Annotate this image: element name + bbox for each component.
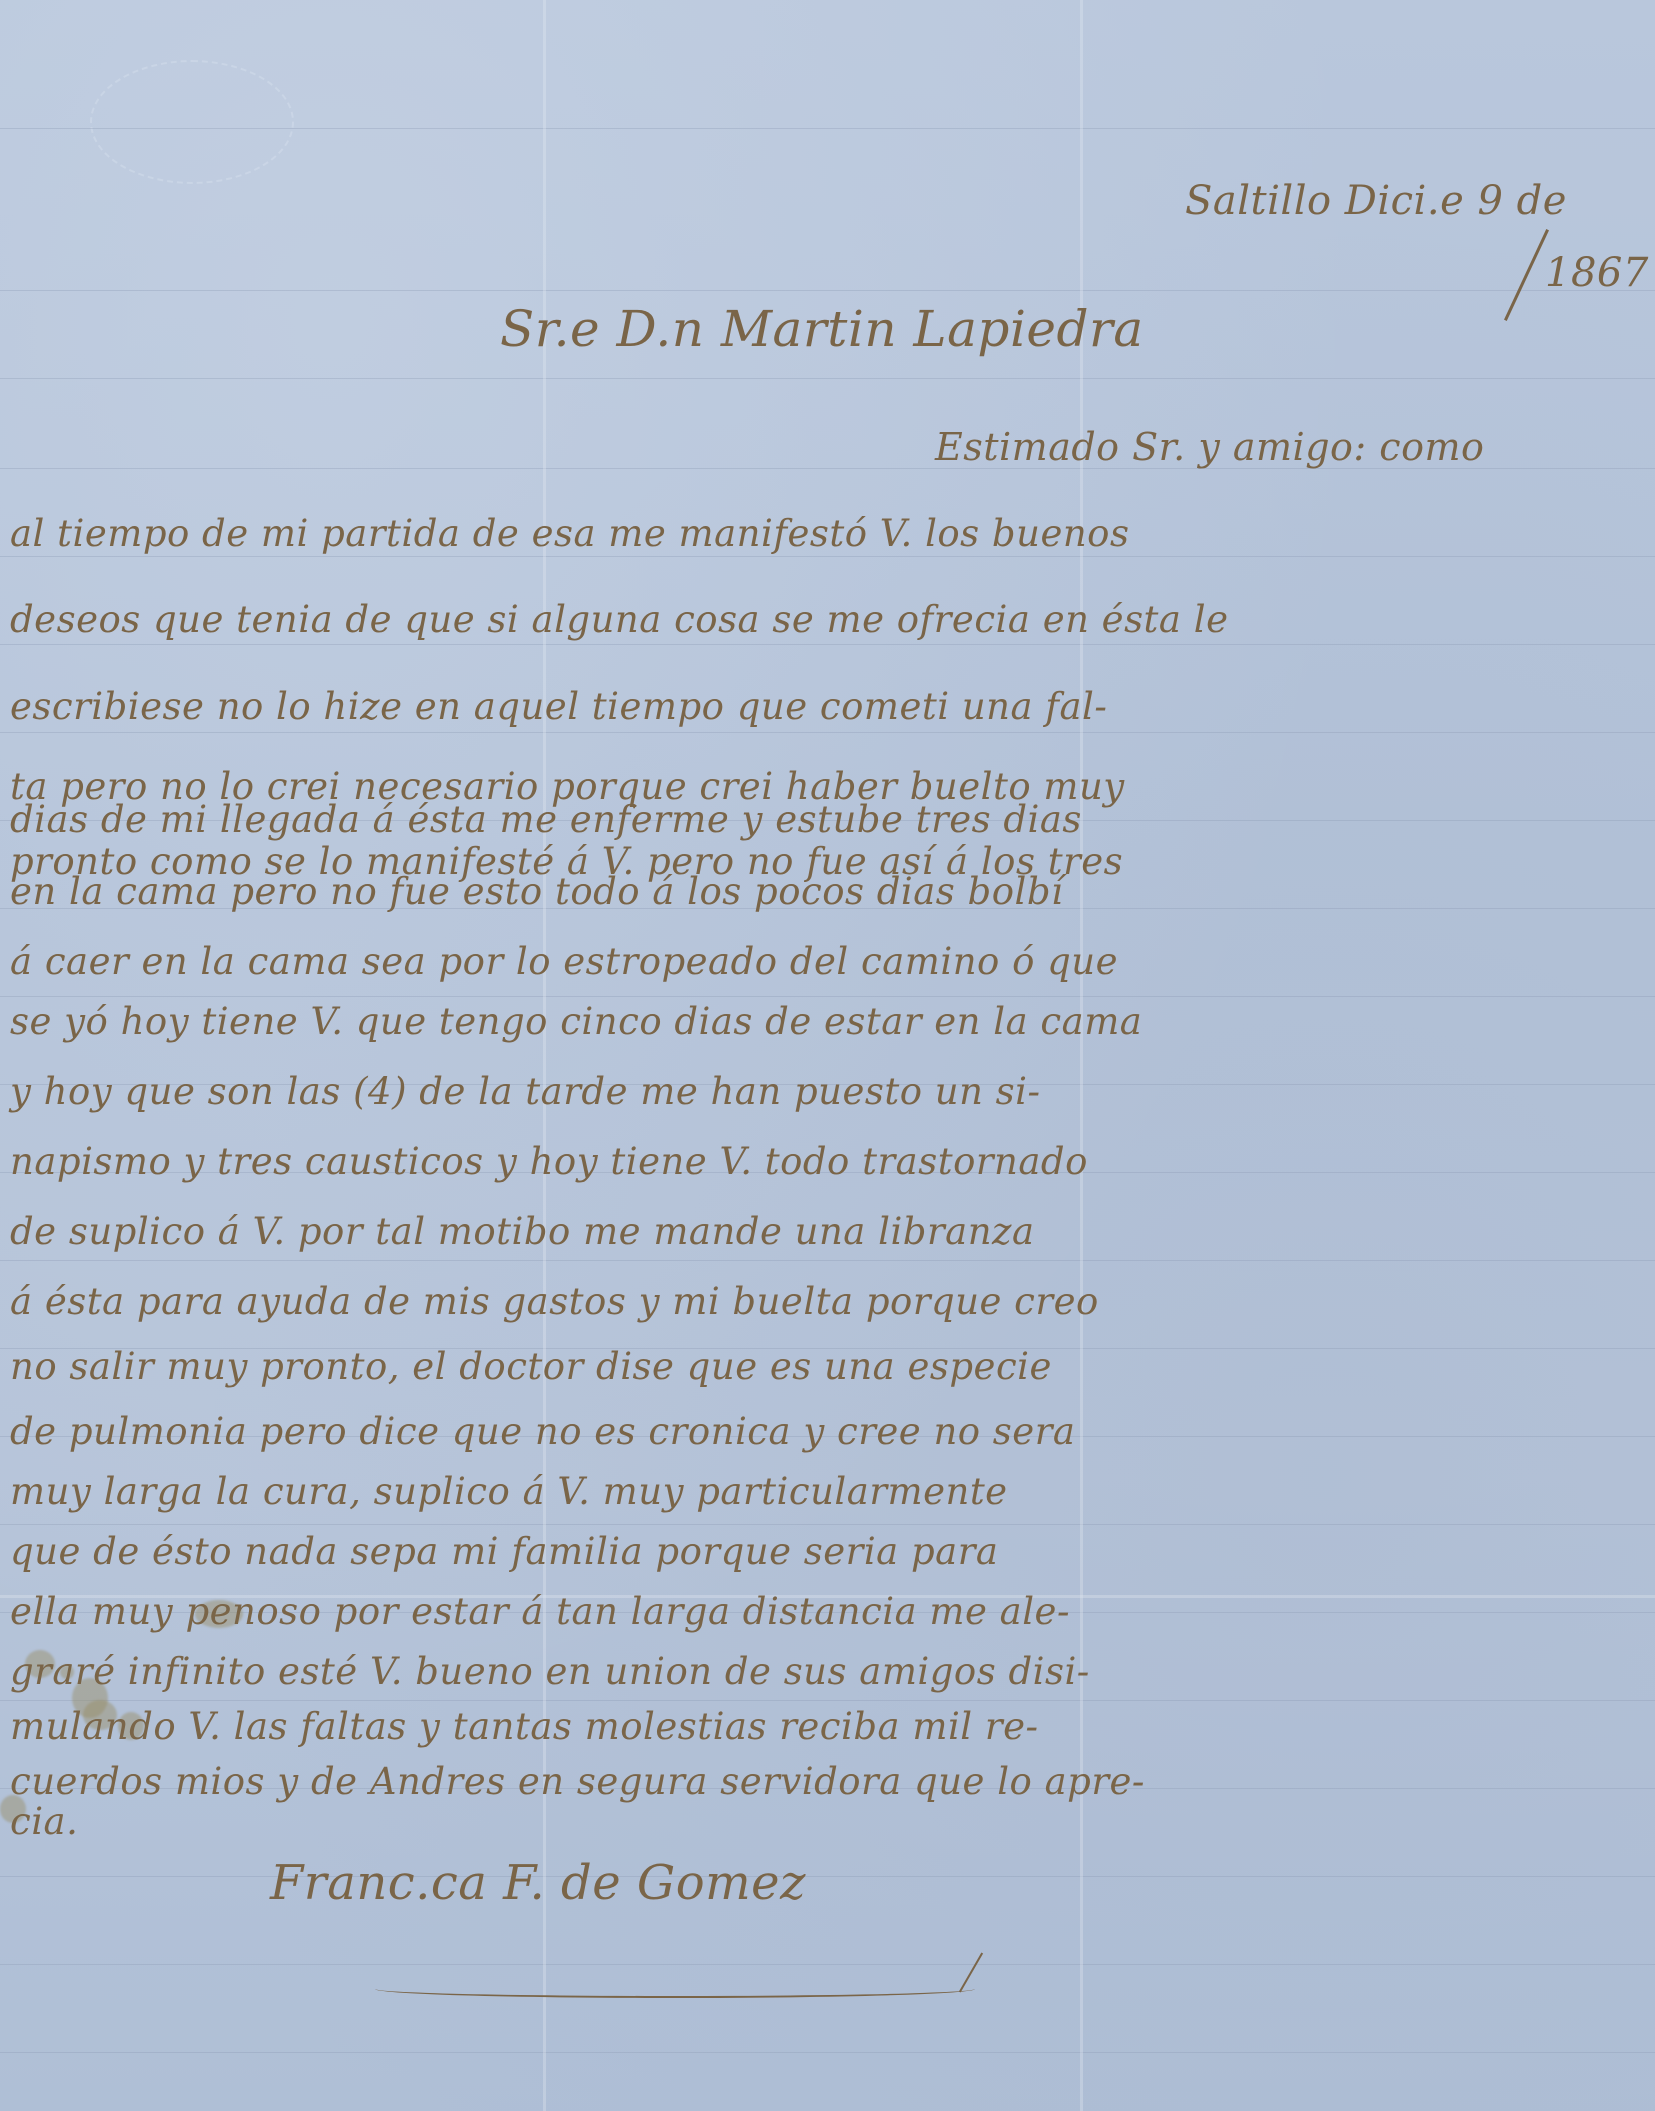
- year: 1867: [1545, 250, 1649, 296]
- ruled-line: [0, 1876, 1655, 1877]
- ruled-line: [0, 996, 1655, 997]
- signature-flourish: [375, 1980, 975, 1998]
- signature: Franc.ca F. de Gomez: [270, 1855, 806, 1911]
- body-line-row-15: muy larga la cura, suplico á V. muy part…: [10, 1470, 1008, 1513]
- ruled-line: [0, 732, 1655, 733]
- ruled-line: [0, 290, 1655, 291]
- ruled-line: [0, 556, 1655, 557]
- salutation: Sr.e D.n Martin Lapiedra: [500, 300, 1144, 358]
- ruled-line: [0, 2052, 1655, 2053]
- ruled-line: [0, 378, 1655, 379]
- body-line: escribiese no lo hize en aquel tiempo qu…: [10, 685, 1107, 728]
- body-line-row-14: de pulmonia pero dice que no es cronica …: [10, 1410, 1075, 1453]
- body-line: deseos que tenia de que si alguna cosa s…: [10, 598, 1228, 641]
- body-line-9: y hoy que son las (4) de la tarde me han…: [10, 1070, 1041, 1113]
- ruled-line: [0, 1524, 1655, 1525]
- body-line-10: napismo y tres causticos y hoy tiene V. …: [10, 1140, 1088, 1183]
- body-line: al tiempo de mi partida de esa me manife…: [10, 512, 1129, 555]
- ruled-line: [0, 644, 1655, 645]
- body-line-6: en la cama pero no fue esto todo á los p…: [10, 870, 1063, 913]
- body-line-row-17: ella muy penoso por estar á tan larga di…: [10, 1590, 1070, 1633]
- body-line-row-12: á ésta para ayuda de mis gastos y mi bue…: [10, 1280, 1099, 1323]
- body-line-row-21: cia.: [10, 1800, 78, 1843]
- body-line-5: dias de mi llegada á ésta me enferme y e…: [10, 798, 1082, 841]
- ruled-line: [0, 128, 1655, 129]
- body-line-row-16: que de ésto nada sepa mi familia porque …: [10, 1530, 998, 1573]
- body-line-7: á caer en la cama sea por lo estropeado …: [10, 940, 1118, 983]
- place-date: Saltillo Dici.e 9 de: [1185, 178, 1567, 224]
- body-line-row-19: mulando V. las faltas y tantas molestias…: [10, 1705, 1038, 1748]
- greeting: Estimado Sr. y amigo: como: [935, 425, 1484, 469]
- body-line-8: se yó hoy tiene V. que tengo cinco dias …: [10, 1000, 1142, 1043]
- body-line-row-18: graré infinito esté V. bueno en union de…: [10, 1650, 1090, 1693]
- ruled-line: [0, 1700, 1655, 1701]
- paper-watermark: [90, 60, 294, 184]
- ruled-line: [0, 1260, 1655, 1261]
- body-line-row-13: no salir muy pronto, el doctor dise que …: [10, 1345, 1052, 1388]
- ruled-line: [0, 1964, 1655, 1965]
- body-line-row-20: cuerdos mios y de Andres en segura servi…: [10, 1760, 1145, 1803]
- body-line-row-11: de suplico á V. por tal motibo me mande …: [10, 1210, 1035, 1253]
